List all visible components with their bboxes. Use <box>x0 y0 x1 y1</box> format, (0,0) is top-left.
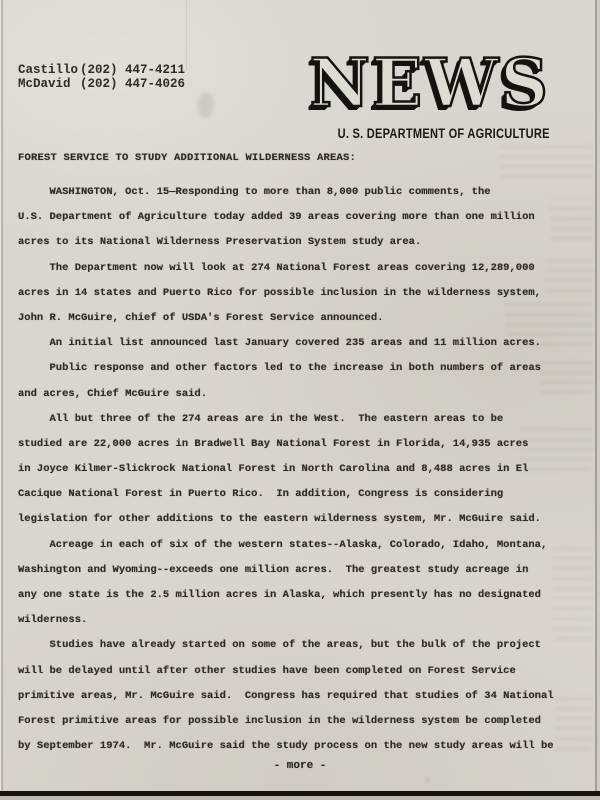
press-contacts: Castillo(202) 447-4211McDavid(202) 447-4… <box>18 64 185 91</box>
paper-crease <box>186 0 187 70</box>
body-line: will be delayed until after other studie… <box>18 659 588 684</box>
body-line: by September 1974. Mr. McGuire said the … <box>18 734 588 759</box>
body-line: wilderness. <box>18 608 588 633</box>
release-headline: FOREST SERVICE TO STUDY ADDITIONAL WILDE… <box>18 152 356 164</box>
body-line: any one state is the 2.5 million acres i… <box>18 583 588 608</box>
body-line: acres to its National Wilderness Preserv… <box>18 230 588 255</box>
contact-name: McDavid <box>18 78 80 92</box>
body-line: in Joyce Kilmer-Slickrock National Fores… <box>18 457 588 482</box>
body-line: Cacique National Forest in Puerto Rico. … <box>18 482 588 507</box>
contact-row: McDavid(202) 447-4026 <box>18 78 185 92</box>
body-text: WASHINGTON, Oct. 15—Responding to more t… <box>18 180 588 759</box>
pencil-smudge <box>198 92 214 118</box>
body-line: Forest primitive areas for possible incl… <box>18 709 588 734</box>
contact-phone: (202) 447-4211 <box>80 63 185 77</box>
body-line: All but three of the 274 areas are in th… <box>18 407 588 432</box>
scan-edge-bottom-shadow <box>0 796 600 800</box>
contact-phone: (202) 447-4026 <box>80 77 185 91</box>
body-line: Washington and Wyoming--exceeds one mill… <box>18 558 588 583</box>
body-line: acres in 14 states and Puerto Rico for p… <box>18 281 588 306</box>
body-line: legislation for other additions to the e… <box>18 507 588 532</box>
body-line: Acreage in each of six of the western st… <box>18 533 588 558</box>
body-line: Studies have already started on some of … <box>18 633 588 658</box>
body-line: John R. McGuire, chief of USDA's Forest … <box>18 306 588 331</box>
more-indicator: - more - <box>0 760 600 772</box>
body-line: Public response and other factors led to… <box>18 356 588 381</box>
body-line: An initial list announced last January c… <box>18 331 588 356</box>
news-logo: NEWS <box>291 50 550 116</box>
usda-department-label: U. S. DEPARTMENT OF AGRICULTURE <box>338 126 550 141</box>
body-line: The Department now will look at 274 Nati… <box>18 256 588 281</box>
body-line: WASHINGTON, Oct. 15—Responding to more t… <box>18 180 588 205</box>
contact-name: Castillo <box>18 64 80 78</box>
usda-news-masthead: NEWS U. S. DEPARTMENT OF AGRICULTURE <box>291 50 550 141</box>
scanned-press-release-page: Castillo(202) 447-4211McDavid(202) 447-4… <box>0 0 600 800</box>
body-line: and acres, Chief McGuire said. <box>18 382 588 407</box>
body-line: U.S. Department of Agriculture today add… <box>18 205 588 230</box>
body-line: studied are 22,000 acres in Bradwell Bay… <box>18 432 588 457</box>
bleedthrough-mark <box>500 142 593 178</box>
body-line: primitive areas, Mr. McGuire said. Congr… <box>18 684 588 709</box>
ink-speck <box>425 778 430 782</box>
scan-edge-left-line <box>1 0 3 800</box>
contact-row: Castillo(202) 447-4211 <box>18 64 185 78</box>
